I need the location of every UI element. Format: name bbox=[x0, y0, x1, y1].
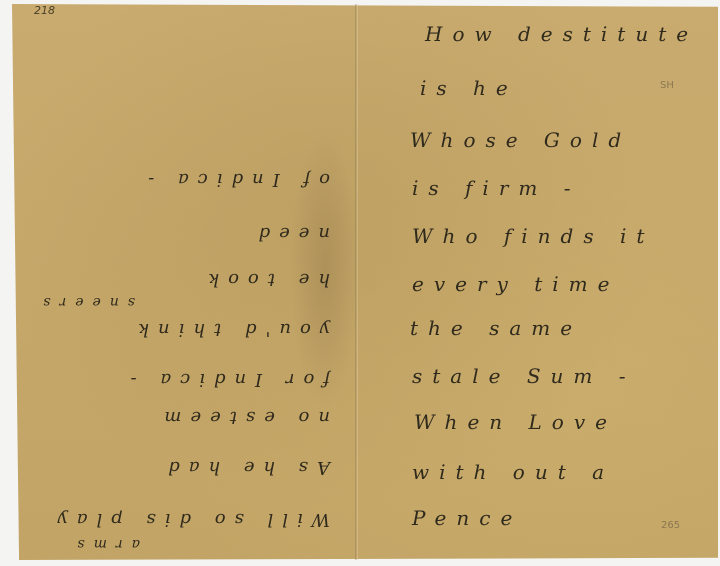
pencil-mark-number: 265 bbox=[661, 520, 680, 531]
left-panel-inverted-text: Will so dis play arms As he had no estee… bbox=[20, 150, 350, 540]
poem-line-inverted: of Indica - bbox=[139, 169, 330, 190]
poem-line-inverted: As he had bbox=[159, 457, 330, 478]
poem-line: is he bbox=[420, 76, 518, 100]
poem-line: stale Sum - bbox=[412, 364, 635, 388]
pencil-mark-initials: SH bbox=[660, 80, 674, 91]
poem-line-inverted: you'd think bbox=[129, 319, 330, 340]
center-fold bbox=[355, 4, 358, 560]
page-number: 218 bbox=[34, 4, 55, 17]
poem-line-inverted: need bbox=[250, 223, 330, 244]
poem-line: Whose Gold bbox=[410, 128, 631, 152]
poem-line-inverted: Will so dis play bbox=[49, 509, 330, 530]
poem-line-inverted: no esteem bbox=[155, 407, 330, 428]
poem-line: with out a bbox=[412, 460, 614, 484]
poem-line: the same bbox=[410, 316, 582, 340]
poem-line: Pence bbox=[412, 506, 522, 530]
poem-line-inverted: he took bbox=[199, 269, 330, 290]
poem-line: every time bbox=[412, 272, 619, 296]
poem-line: is firm - bbox=[412, 176, 580, 200]
poem-line-inverted: arms bbox=[69, 536, 141, 552]
poem-line-inverted: sneers bbox=[34, 294, 135, 310]
poem-line: Who finds it bbox=[412, 224, 654, 248]
poem-line: How destitute bbox=[425, 22, 698, 46]
poem-line: When Love bbox=[414, 410, 617, 434]
poem-line-inverted: for Indica - bbox=[122, 369, 330, 390]
